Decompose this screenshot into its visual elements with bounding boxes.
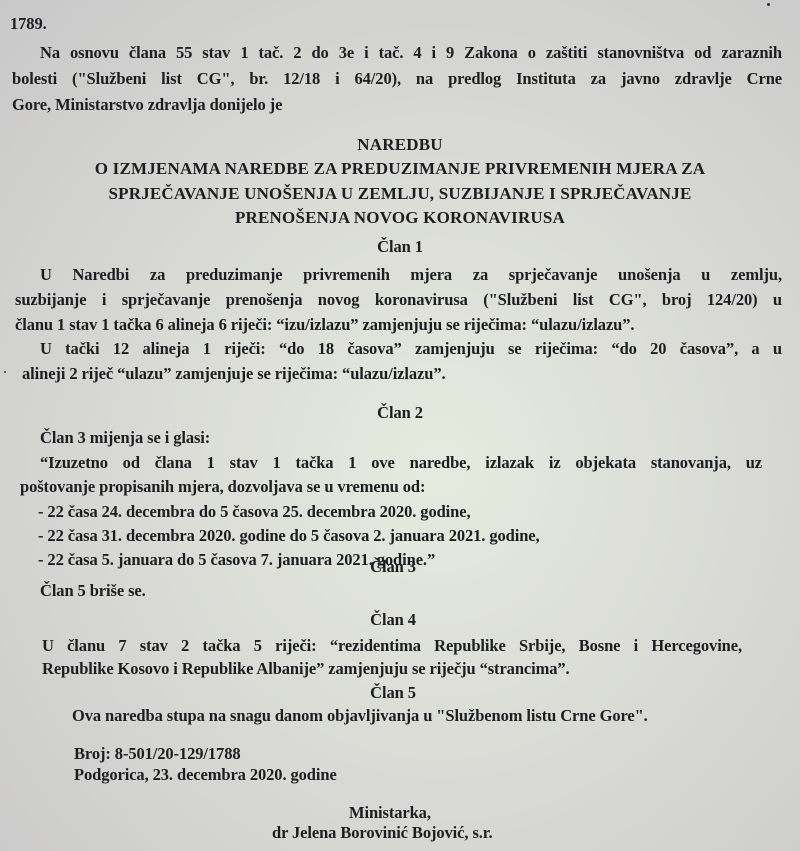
document-number: 1789. — [10, 14, 47, 34]
document-page: 1789. Na osnovu člana 55 stav 1 tač. 2 d… — [0, 0, 800, 851]
article-1-line-2: suzbijanje i sprječavanje prenošenja nov… — [15, 290, 782, 310]
paper-speck — [4, 371, 6, 373]
article-4-heading: Član 4 — [0, 610, 793, 630]
article-1-line-1: U Naredbi za preduzimanje privremenih mj… — [40, 265, 782, 285]
title-line-3: SPRJEČAVANJE UNOŠENJA U ZEMLJU, SUZBIJAN… — [0, 184, 800, 204]
article-5-line-1: Ova naredba stupa na snagu danom objavlj… — [72, 706, 648, 726]
article-2-line-2: “Izuzetno od člana 1 stav 1 tačka 1 ove … — [40, 453, 762, 473]
article-5-heading: Član 5 — [0, 683, 793, 703]
article-2-line-3: poštovanje propisanih mjera, dozvoljava … — [20, 477, 425, 497]
article-2-line-5: - 22 časa 31. decembra 2020. godine do 5… — [38, 526, 540, 546]
article-1-line-5: alineji 2 riječ “ulazu” zamjenjuje se ri… — [22, 364, 446, 384]
preamble-line-3: Gore, Ministarstvo zdravlja donijelo je — [12, 95, 282, 115]
preamble-line-1: Na osnovu člana 55 stav 1 tač. 2 do 3e i… — [40, 43, 782, 63]
article-4-line-1: U članu 7 stav 2 tačka 5 riječi: “rezide… — [42, 636, 742, 656]
article-3-line-1: Član 5 briše se. — [40, 581, 146, 601]
article-2-line-1: Član 3 mijenja se i glasi: — [40, 428, 210, 448]
article-2-heading: Član 2 — [0, 403, 800, 423]
article-3-heading: Član 3 — [0, 557, 793, 577]
paper-speck — [767, 3, 770, 6]
signature-name: dr Jelena Borovinić Bojović, s.r. — [272, 823, 493, 843]
preamble-line-2: bolesti ("Službeni list CG", br. 12/18 i… — [12, 69, 782, 89]
article-4-line-2: Republike Kosovo i Republike Albanije” z… — [42, 659, 570, 679]
article-2-line-4: - 22 časa 24. decembra do 5 časova 25. d… — [38, 502, 470, 522]
reference-number: Broj: 8-501/20-129/1788 — [74, 744, 241, 764]
title-line-4: PRENOŠENJA NOVOG KORONAVIRUSA — [0, 208, 800, 228]
place-date: Podgorica, 23. decembra 2020. godine — [74, 765, 337, 785]
title-line-1: NAREDBU — [0, 135, 800, 155]
article-1-heading: Član 1 — [0, 237, 800, 257]
article-1-line-4: U tački 12 alineja 1 riječi: “do 18 časo… — [40, 339, 782, 359]
signature-title: Ministarka, — [349, 803, 431, 823]
title-line-2: O IZMJENAMA NAREDBE ZA PREDUZIMANJE PRIV… — [0, 159, 800, 179]
article-1-line-3: članu 1 stav 1 tačka 6 alineja 6 riječi:… — [15, 315, 634, 335]
